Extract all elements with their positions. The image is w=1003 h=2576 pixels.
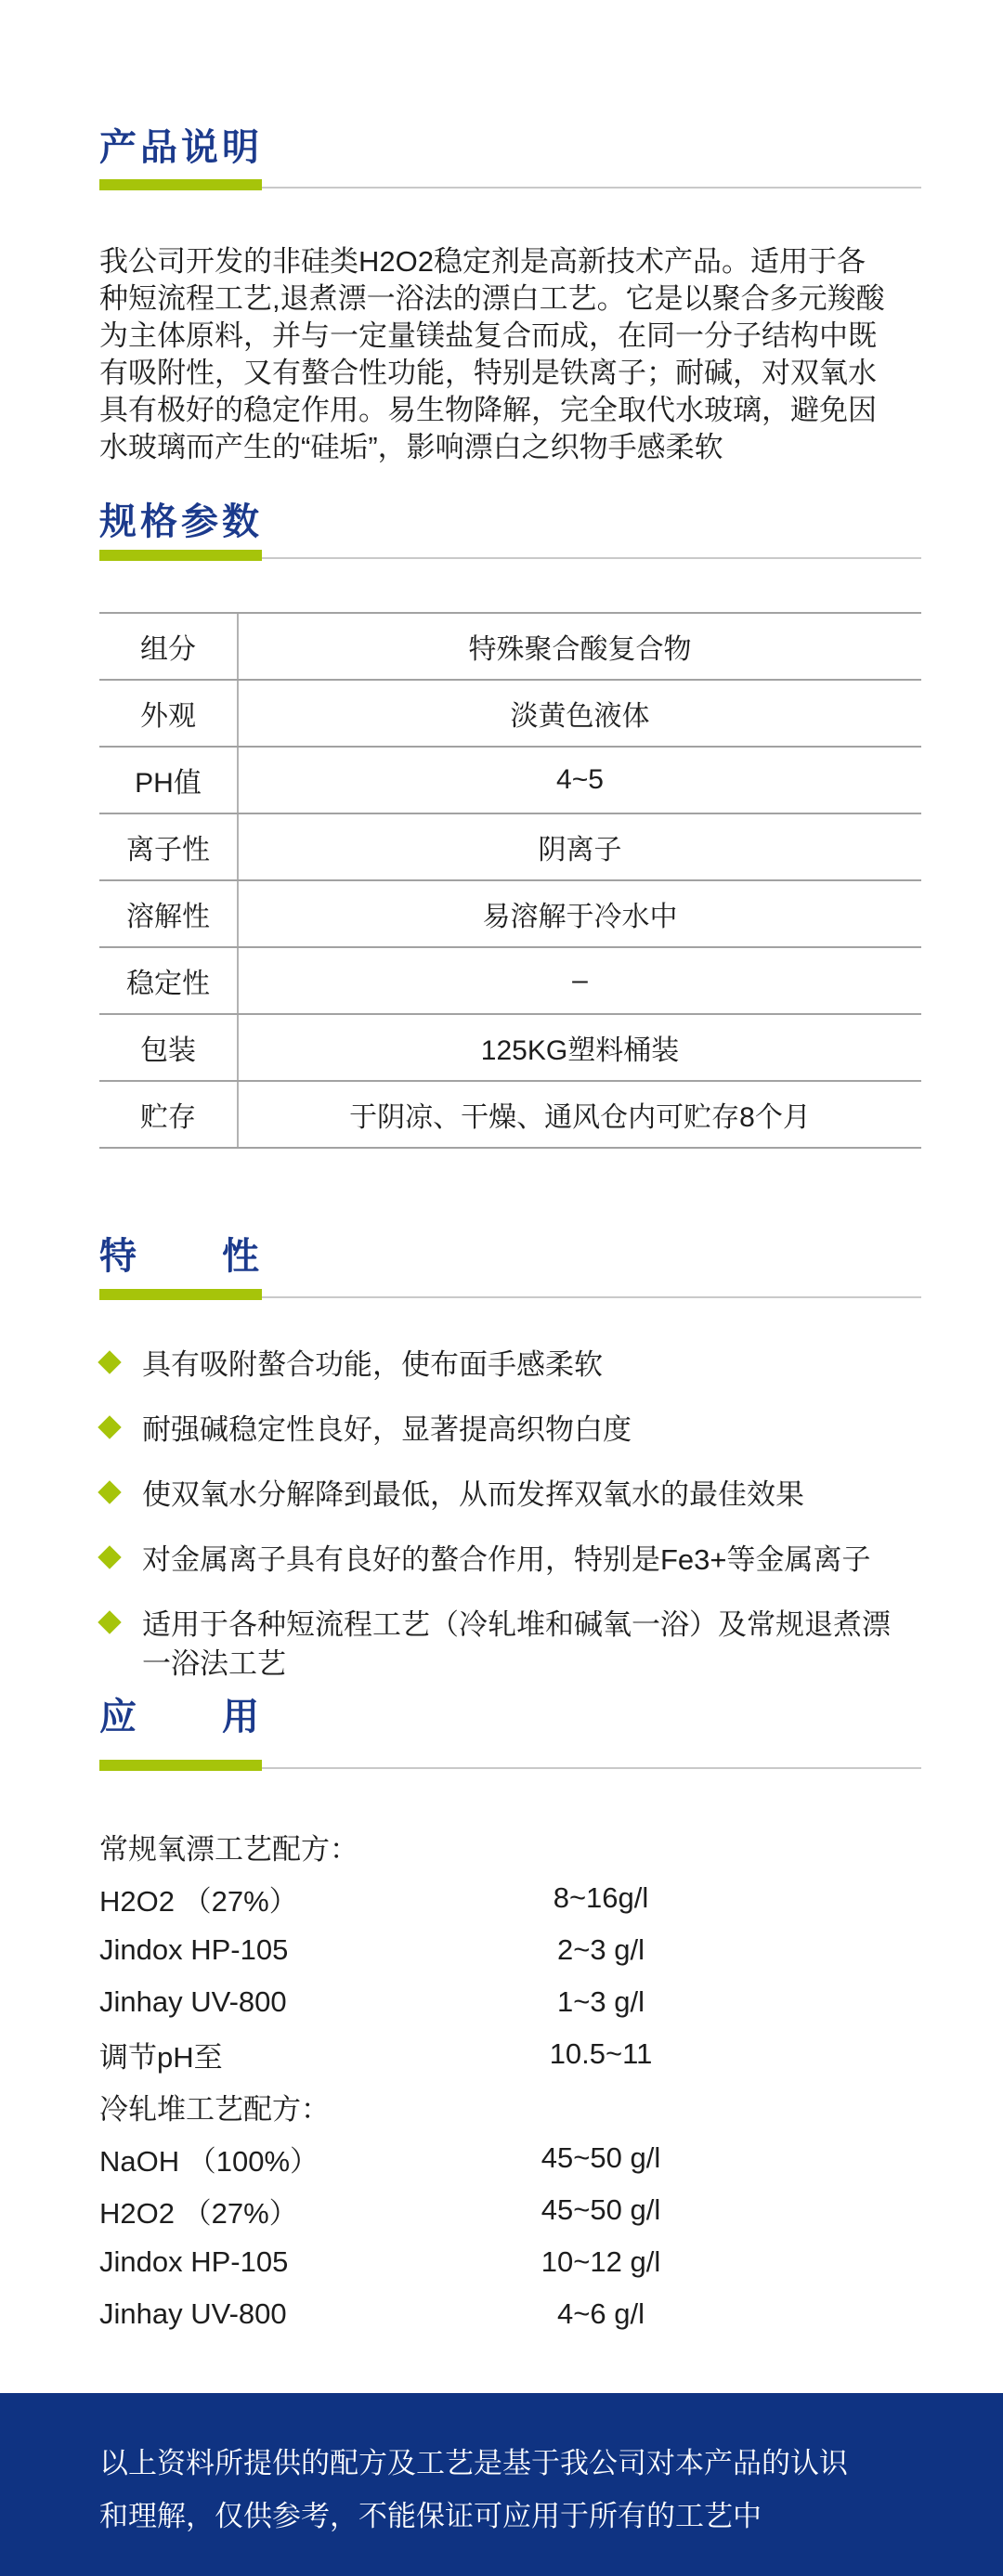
spec-label-cell: PH值 bbox=[99, 748, 239, 813]
spec-label-cell: 组分 bbox=[99, 614, 239, 679]
green-underline-bar bbox=[99, 550, 262, 561]
green-underline-bar bbox=[99, 1760, 262, 1771]
formula-value: 10.5~11 bbox=[434, 2037, 768, 2071]
formula-row: Jinhay UV-8004~6 g/l bbox=[99, 2288, 928, 2340]
bullet-text: 具有吸附螯合功能，使布面手感柔软 bbox=[142, 1346, 603, 1385]
table-row: 溶解性易溶解于冷水中 bbox=[99, 881, 921, 948]
green-underline-bar bbox=[99, 1289, 262, 1300]
gray-rule bbox=[262, 1296, 921, 1298]
gray-rule bbox=[262, 557, 921, 559]
formula-value: 4~6 g/l bbox=[434, 2297, 768, 2331]
formula-label: Jindox HP-105 bbox=[99, 1933, 434, 1967]
table-row: 稳定性– bbox=[99, 948, 921, 1015]
bullet-text: 使双氧水分解降到最低，从而发挥双氧水的最佳效果 bbox=[142, 1476, 804, 1515]
formula-value: 8~16g/l bbox=[434, 1881, 768, 1915]
list-item: 对金属离子具有良好的螯合作用，特别是Fe3+等金属离子 bbox=[99, 1541, 935, 1580]
spec-value-cell: 125KG塑料桶装 bbox=[239, 1015, 921, 1080]
formula-label: H2O2 （27%） bbox=[99, 1878, 434, 1919]
table-row: 外观淡黄色液体 bbox=[99, 681, 921, 748]
spec-value-cell: 4~5 bbox=[239, 748, 921, 813]
features-list: 具有吸附螯合功能，使布面手感柔软耐强碱稳定性良好，显著提高织物白度使双氧水分解降… bbox=[99, 1346, 935, 1684]
formula-label: 冷轧堆工艺配方： bbox=[99, 2086, 434, 2127]
spec-value-cell: 易溶解于冷水中 bbox=[239, 881, 921, 946]
diamond-bullet-icon bbox=[99, 1606, 124, 1684]
diamond-bullet-icon bbox=[99, 1346, 124, 1385]
formula-row: Jindox HP-1052~3 g/l bbox=[99, 1924, 928, 1976]
formula-label: Jinhay UV-800 bbox=[99, 2297, 434, 2331]
formula-label: H2O2 （27%） bbox=[99, 2190, 434, 2231]
bullet-text: 对金属离子具有良好的螯合作用，特别是Fe3+等金属离子 bbox=[142, 1541, 871, 1580]
table-row: 组分特殊聚合酸复合物 bbox=[99, 614, 921, 681]
gray-rule bbox=[262, 187, 921, 189]
formula-row: 调节pH至10.5~11 bbox=[99, 2028, 928, 2080]
formula-row: 常规氧漂工艺配方： bbox=[99, 1820, 928, 1872]
formula-label: Jindox HP-105 bbox=[99, 2245, 434, 2279]
spec-value-cell: 特殊聚合酸复合物 bbox=[239, 614, 921, 679]
spec-label-cell: 稳定性 bbox=[99, 948, 239, 1013]
footer-disclaimer-band: 以上资料所提供的配方及工艺是基于我公司对本产品的认识 和理解，仅供参考，不能保证… bbox=[0, 2393, 1003, 2576]
formula-row: 冷轧堆工艺配方： bbox=[99, 2080, 928, 2132]
spec-label-cell: 溶解性 bbox=[99, 881, 239, 946]
list-item: 适用于各种短流程工艺（冷轧堆和碱氧一浴）及常规退煮漂 一浴法工艺 bbox=[99, 1606, 935, 1684]
section-application: 应 用 bbox=[99, 1697, 921, 1737]
formula-label: Jinhay UV-800 bbox=[99, 1985, 434, 2019]
formula-value: 45~50 g/l bbox=[434, 2193, 768, 2227]
section-title-product-description: 产品说明 bbox=[99, 127, 921, 168]
spec-label-cell: 贮存 bbox=[99, 1082, 239, 1147]
diamond-bullet-icon bbox=[99, 1541, 124, 1580]
section-features: 特 性 bbox=[99, 1236, 921, 1277]
formula-value: 1~3 g/l bbox=[434, 1985, 768, 2019]
formula-label: NaOH （100%） bbox=[99, 2138, 434, 2179]
specs-table: 组分特殊聚合酸复合物外观淡黄色液体PH值4~5离子性阴离子溶解性易溶解于冷水中稳… bbox=[99, 612, 921, 1149]
list-item: 具有吸附螯合功能，使布面手感柔软 bbox=[99, 1346, 935, 1385]
spec-label-cell: 外观 bbox=[99, 681, 239, 746]
formula-row: Jindox HP-10510~12 g/l bbox=[99, 2236, 928, 2288]
formula-value: 10~12 g/l bbox=[434, 2245, 768, 2279]
formula-label: 常规氧漂工艺配方： bbox=[99, 1826, 434, 1867]
formula-row: NaOH （100%）45~50 g/l bbox=[99, 2132, 928, 2184]
list-item: 使双氧水分解降到最低，从而发挥双氧水的最佳效果 bbox=[99, 1476, 935, 1515]
formula-row: H2O2 （27%）45~50 g/l bbox=[99, 2184, 928, 2236]
spec-label-cell: 离子性 bbox=[99, 814, 239, 879]
bullet-text: 适用于各种短流程工艺（冷轧堆和碱氧一浴）及常规退煮漂 一浴法工艺 bbox=[142, 1606, 891, 1684]
formula-value: 45~50 g/l bbox=[434, 2141, 768, 2175]
diamond-bullet-icon bbox=[99, 1476, 124, 1515]
section-product-description: 产品说明 bbox=[99, 127, 921, 168]
section-title-application: 应 用 bbox=[99, 1697, 921, 1737]
table-row: PH值4~5 bbox=[99, 748, 921, 814]
spec-value-cell: 于阴凉、干燥、通风仓内可贮存8个月 bbox=[239, 1082, 921, 1147]
spec-value-cell: 阴离子 bbox=[239, 814, 921, 879]
table-row: 离子性阴离子 bbox=[99, 814, 921, 881]
formula-row: H2O2 （27%）8~16g/l bbox=[99, 1872, 928, 1924]
formula-value: 2~3 g/l bbox=[434, 1933, 768, 1967]
formula-label: 调节pH至 bbox=[99, 2034, 434, 2075]
spec-label-cell: 包装 bbox=[99, 1015, 239, 1080]
section-title-specifications: 规格参数 bbox=[99, 501, 921, 542]
list-item: 耐强碱稳定性良好，显著提高织物白度 bbox=[99, 1411, 935, 1450]
table-row: 贮存于阴凉、干燥、通风仓内可贮存8个月 bbox=[99, 1082, 921, 1149]
product-description-text: 我公司开发的非硅类H2O2稳定剂是高新技术产品。适用于各 种短流程工艺,退煮漂一… bbox=[99, 243, 928, 466]
table-row: 包装125KG塑料桶装 bbox=[99, 1015, 921, 1082]
section-title-features: 特 性 bbox=[99, 1236, 921, 1277]
spec-value-cell: 淡黄色液体 bbox=[239, 681, 921, 746]
gray-rule bbox=[262, 1767, 921, 1769]
green-underline-bar bbox=[99, 179, 262, 190]
bullet-text: 耐强碱稳定性良好，显著提高织物白度 bbox=[142, 1411, 632, 1450]
section-specifications: 规格参数 bbox=[99, 501, 921, 542]
spec-value-cell: – bbox=[239, 948, 921, 1013]
diamond-bullet-icon bbox=[99, 1411, 124, 1450]
footer-disclaimer-text: 以上资料所提供的配方及工艺是基于我公司对本产品的认识 和理解，仅供参考，不能保证… bbox=[0, 2393, 1003, 2543]
formula-row: Jinhay UV-8001~3 g/l bbox=[99, 1976, 928, 2028]
application-list: 常规氧漂工艺配方：H2O2 （27%）8~16g/lJindox HP-1052… bbox=[99, 1820, 928, 2340]
